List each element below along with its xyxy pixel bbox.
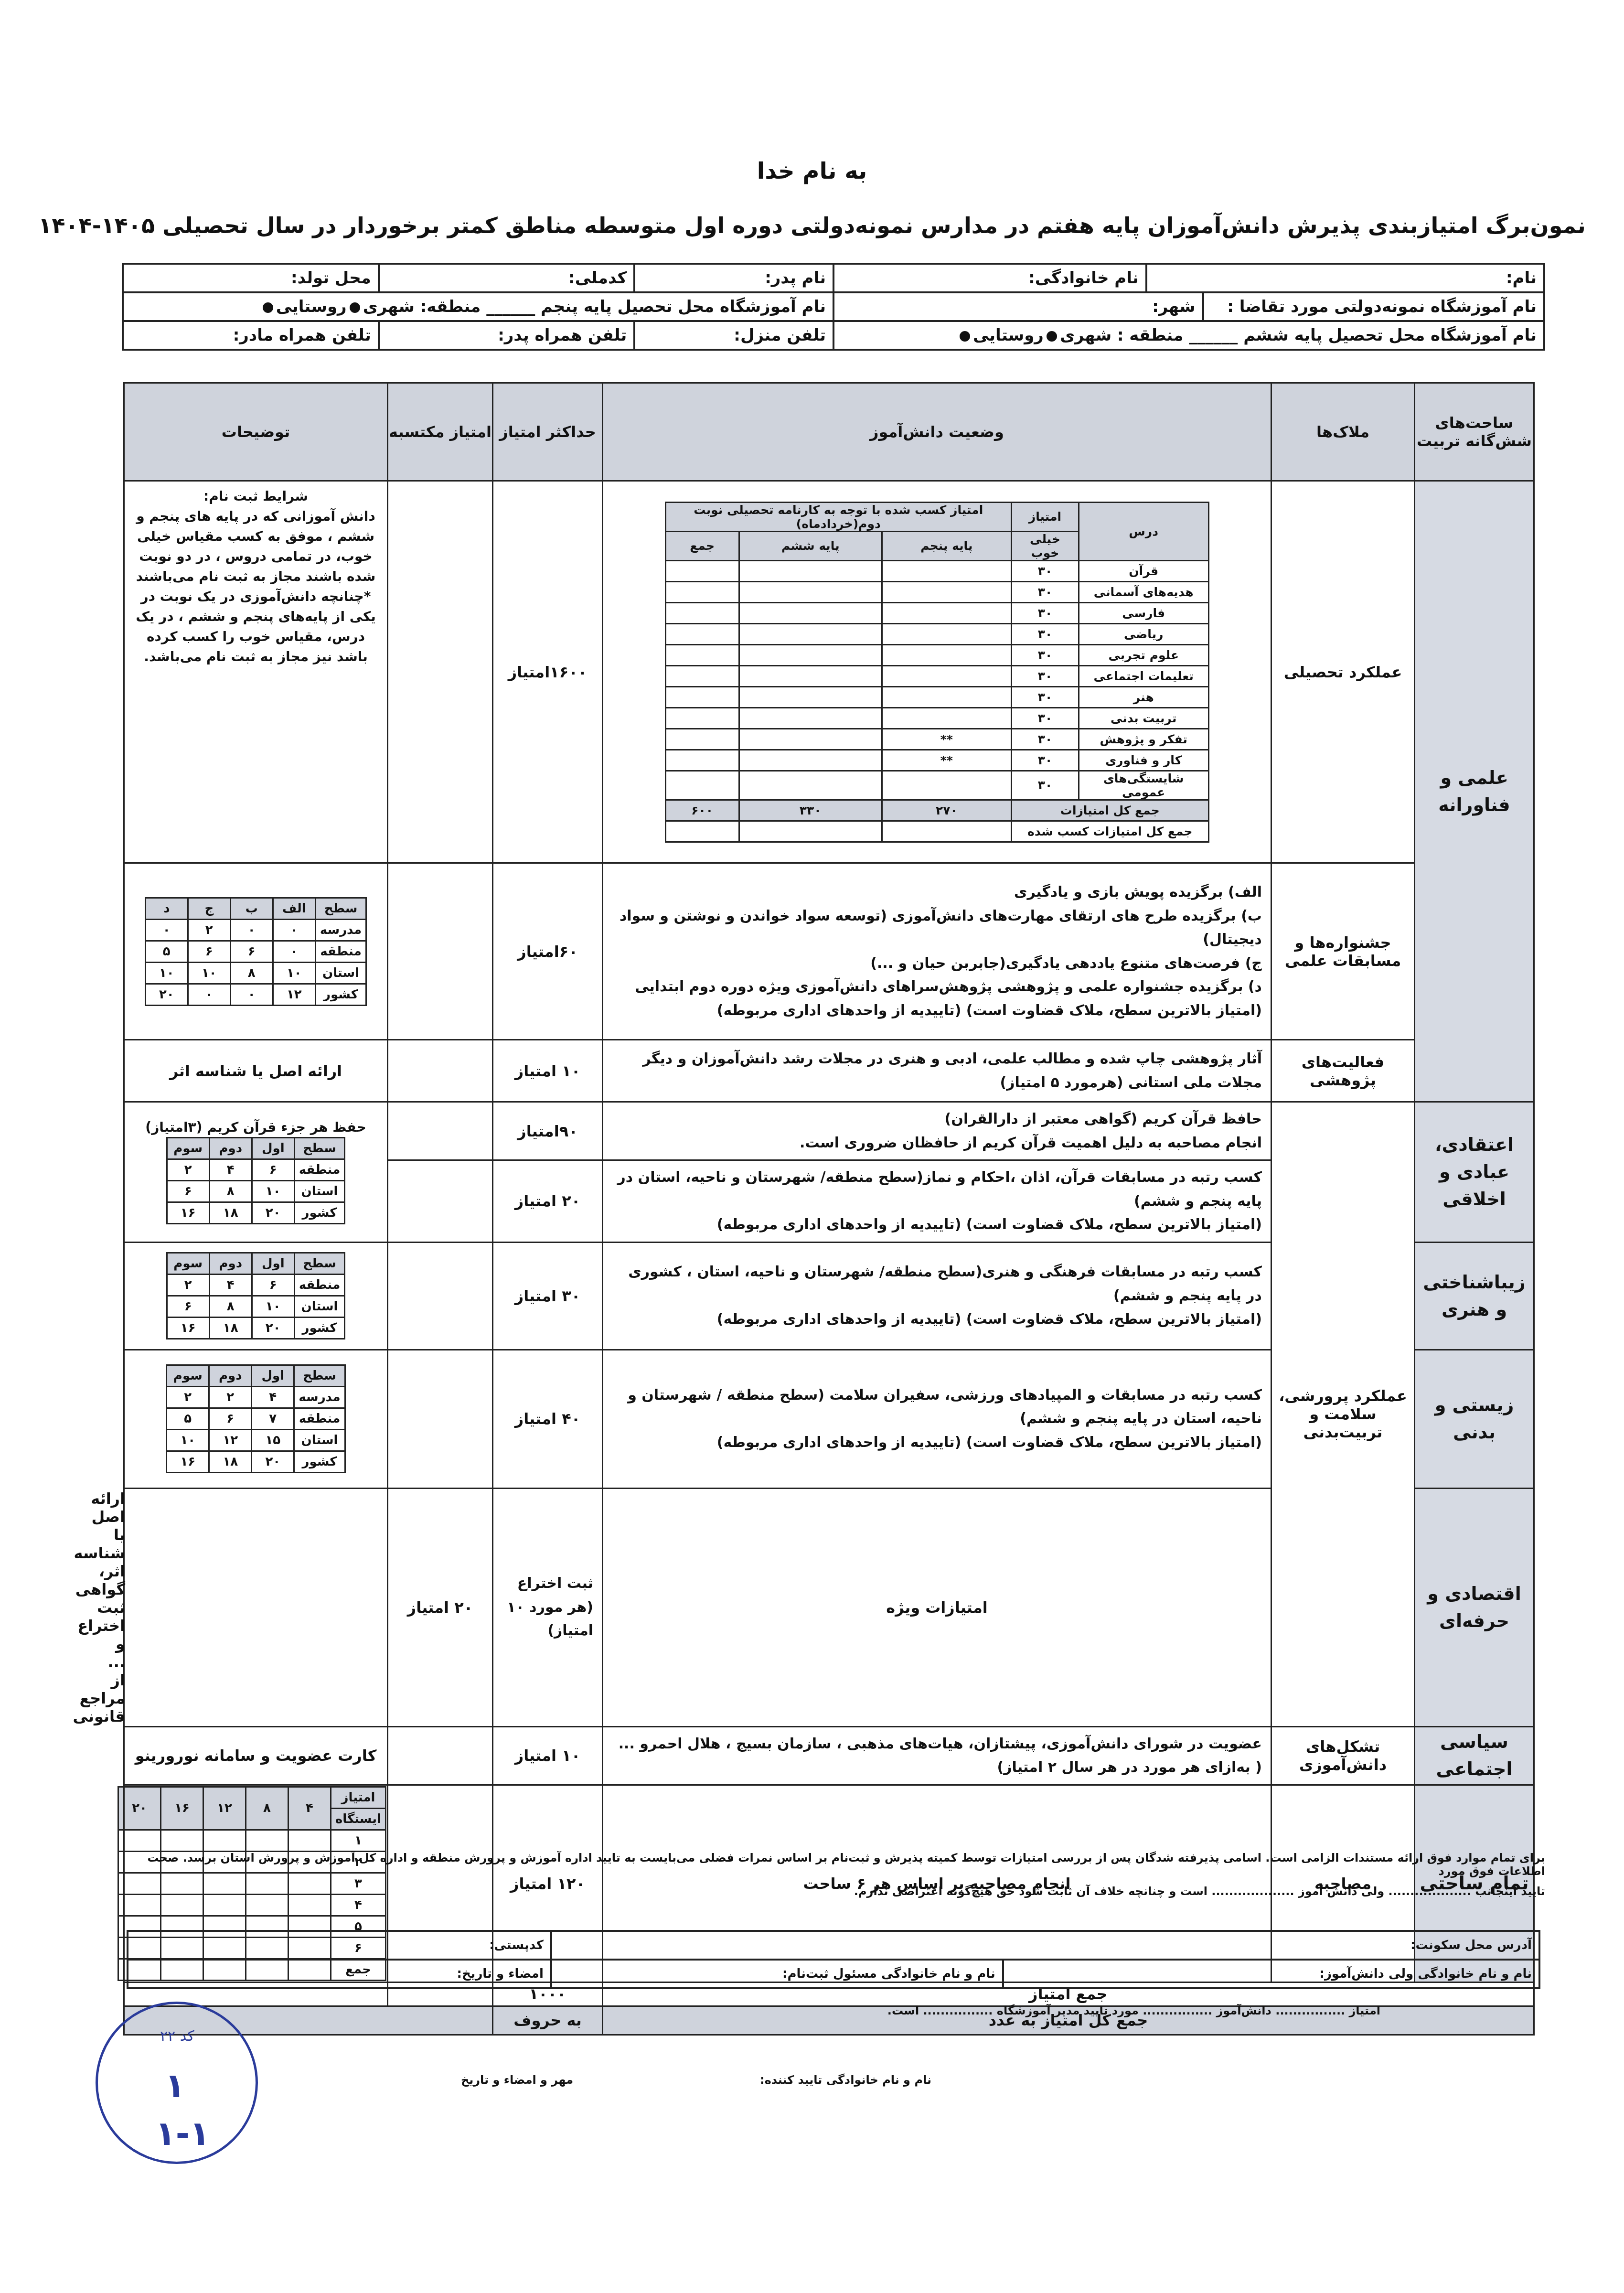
earned-festivals[interactable] [388, 863, 493, 1040]
total-row: جمع کل امتیازات۲۷۰۳۳۰۶۰۰ [665, 800, 1208, 821]
signature-table: آدرس محل سکونت: کدپستی: نام و نام خانواد… [127, 1930, 1540, 1989]
religious-note: حفظ هر جزء قرآن کریم (۳امتیاز) سطحاولدوم… [124, 1102, 388, 1243]
grade6-region-label: منطقه : شهری [1060, 326, 1184, 345]
academic-grades-cell: درسامتیازامتیاز کسب شده با توجه به کارنا… [603, 481, 1271, 863]
h-sum: جمع [665, 531, 739, 560]
max-art: ۳۰ امتیاز [493, 1242, 603, 1350]
area-sport: زیستی و بدنی [1415, 1350, 1534, 1488]
grade6-school-field[interactable]: نام آموزشگاه محل تحصیل پایه ششم [1243, 326, 1537, 345]
city-field[interactable]: شهر: [1152, 297, 1196, 316]
max-sport: ۴۰ امتیاز [493, 1350, 603, 1488]
table-row: هدیه‌های آسمانی۳۰ [665, 581, 1208, 602]
address-field[interactable]: آدرس محل سکونت: [551, 1931, 1539, 1960]
urban-radio[interactable] [350, 302, 360, 313]
earned-sport[interactable] [388, 1350, 493, 1488]
area-economic: اقتصادی و حرفه‌ای [1415, 1488, 1534, 1726]
table-row: تربیت بدنی۳۰ [665, 707, 1208, 729]
religious-level-table: سطحاولدومسوم منطقه۶۴۲ استان۱۰۸۶ کشور۲۰۱۸… [166, 1137, 346, 1224]
area-art: زیباشناختی و هنری [1415, 1242, 1534, 1350]
academic-note: شرایط ثبت نام: دانش آموزانی که در پایه ه… [124, 481, 388, 863]
max-hafiz: ۹۰امتیاز [493, 1102, 603, 1160]
h-score: امتیاز [1012, 502, 1079, 531]
criterion-cultural: عملکرد پرورشی، سلامت و تربیت‌بدنی [1271, 1102, 1415, 1727]
page-title: نمون‌برگ امتیازبندی پذیرش دانش‌آموزان پا… [0, 213, 1624, 238]
h-earned: امتیاز کسب شده با توجه به کارنامه تحصیلی… [665, 502, 1012, 531]
urban-radio[interactable] [1047, 331, 1057, 342]
rural-radio[interactable] [960, 331, 970, 342]
research-desc: آثار پژوهشی چاپ شده و مطالب علمی، ادبی و… [603, 1040, 1271, 1102]
official-stamp: کد ۲۲ ۱ ۱-۱ [96, 2002, 258, 2164]
max-research: ۱۰ امتیاز [493, 1040, 603, 1102]
research-note: ارائه اصل یا شناسه اثر [124, 1040, 388, 1102]
festivals-desc: الف) برگزیده پویش بازی و یادگیری ب) برگز… [603, 863, 1271, 1040]
table-row: ریاضی۳۰ [665, 623, 1208, 644]
max-academic: ۱۶۰۰امتیاز [493, 481, 603, 863]
scoring-table: ساحت‌های شش‌گانه تربیت ملاک‌ها وضعیت دان… [123, 382, 1535, 2036]
grade5-region-label: منطقه: شهری [363, 297, 481, 316]
economic-desc: ثبت اختراع (هر مورد ۱۰ امتیاز) [493, 1488, 603, 1726]
earned-research[interactable] [388, 1040, 493, 1102]
h-subject: درس [1079, 502, 1208, 560]
col-criteria: ملاک‌ها [1271, 383, 1415, 481]
col-notes: توضیحات [124, 383, 388, 481]
earned-social[interactable] [388, 1726, 493, 1785]
festivals-level-table: سطحالفبجد مدرسه۰۰۲۰ منطقه۰۶۶۵ استان۱۰۸۱۰… [145, 897, 367, 1006]
sign-date-field[interactable]: امضاء و تاریخ: [128, 1960, 551, 1988]
seal-label: مهر و امضاء و تاریخ [430, 2073, 573, 2087]
area-religious: اعتقادی، عبادی و اخلاقی [1415, 1102, 1534, 1243]
table-row: تعلیمات اجتماعی۳۰ [665, 665, 1208, 686]
h-very-good: خیلی خوب [1012, 531, 1079, 560]
col-earned: امتیاز مکتسبه [388, 383, 493, 481]
birthplace-field[interactable]: محل تولد: [291, 268, 371, 288]
rural-label: روستایی [276, 297, 347, 316]
h-grade5: پایه پنجم [882, 531, 1012, 560]
col-areas: ساحت‌های شش‌گانه تربیت [1415, 383, 1534, 481]
hafiz-desc: حافظ قرآن کریم (گواهی معتبر از دارالقران… [603, 1102, 1271, 1160]
approval-line: امتیاز ................ دانش‌آموز ......… [887, 2004, 1380, 2017]
father-phone-field[interactable]: تلفن همراه پدر: [498, 326, 627, 345]
home-phone-field[interactable]: تلفن منزل: [734, 326, 826, 345]
family-field[interactable]: نام خانوادگی: [1028, 268, 1139, 288]
max-social: ۱۰ امتیاز [493, 1726, 603, 1785]
approver-label: نام و نام خانوادگی تایید کننده: [645, 2073, 931, 2087]
social-note: کارت عضویت و سامانه نورورینو [124, 1726, 388, 1785]
table-row: کار و فناوری۳۰** [665, 750, 1208, 771]
festivals-note: سطحالفبجد مدرسه۰۰۲۰ منطقه۰۶۶۵ استان۱۰۸۱۰… [124, 863, 388, 1040]
table-row: هنر۳۰ [665, 686, 1208, 707]
h-grade6: پایه ششم [739, 531, 882, 560]
criterion-special: امتیازات ویژه [603, 1488, 1271, 1726]
table-row: تفکر و پژوهش۳۰** [665, 729, 1208, 750]
postal-field[interactable]: کدپستی: [128, 1931, 551, 1960]
earned-religious-contest[interactable] [388, 1160, 493, 1243]
earned-economic[interactable] [124, 1488, 388, 1726]
table-row: علوم تجربی۳۰ [665, 644, 1208, 665]
col-status: وضعیت دانش‌آموز [603, 383, 1271, 481]
sport-desc: کسب رتبه در مسابقات و المپیادهای ورزشی، … [603, 1350, 1271, 1488]
area-scientific: علمی و فناورانه [1415, 481, 1534, 1102]
criterion-festivals: جشنواره‌ها و مسابقات علمی [1271, 863, 1415, 1040]
footer-para-1: برای تمام موارد فوق ارائه مستندات الزامی… [122, 1851, 1545, 1878]
table-row: قرآن۳۰ [665, 560, 1208, 581]
earned-academic[interactable] [388, 481, 493, 863]
table-row: فارسی۳۰ [665, 602, 1208, 623]
letters-label: به حروف [493, 2006, 603, 2035]
earned-total-row: جمع کل امتیازات کسب شده [665, 821, 1208, 842]
max-religious-contest: ۲۰ امتیاز [493, 1160, 603, 1243]
criterion-academic: عملکرد تحصیلی [1271, 481, 1415, 863]
social-desc: عضویت در شورای دانش‌آموزی، پیشتازان، هیا… [603, 1726, 1271, 1785]
registrar-field[interactable]: نام و نام خانوادگی مسئول ثبت‌نام: [551, 1960, 1003, 1988]
national-code-field[interactable]: کدملی: [568, 268, 627, 288]
area-social: سیاسی اجتماعی [1415, 1726, 1534, 1785]
col-max: حداکثر امتیاز [493, 383, 603, 481]
grade5-school-field[interactable]: نام آموزشگاه محل تحصیل پایه پنجم [541, 297, 826, 316]
art-note: سطحاولدومسوم منطقه۶۴۲ استان۱۰۸۶ کشور۲۰۱۸… [124, 1242, 388, 1350]
mother-phone-field[interactable]: تلفن همراه مادر: [233, 326, 371, 345]
earned-art[interactable] [388, 1242, 493, 1350]
earned-hafiz[interactable] [388, 1102, 493, 1160]
sport-level-table: سطحاولدومسوم مدرسه۴۲۲ منطقه۷۶۵ استان۱۵۱۲… [166, 1364, 345, 1473]
rural-label: روستایی [973, 326, 1044, 345]
criterion-research: فعالیت‌های پژوهشی [1271, 1040, 1415, 1102]
requested-school-field[interactable]: نام آموزشگاه نمونه‌دولتی مورد تقاضا : [1227, 297, 1537, 316]
guardian-field[interactable]: نام و نام خانوادگی ولی دانش‌آموز: [1003, 1960, 1539, 1988]
student-info-table: نام: نام خانوادگی: نام پدر: کدملی: محل ت… [122, 263, 1545, 351]
art-level-table: سطحاولدومسوم منطقه۶۴۲ استان۱۰۸۶ کشور۲۰۱۸… [166, 1252, 346, 1339]
criterion-organizations: تشکل‌های دانش‌آموزی [1271, 1726, 1415, 1785]
sport-note: سطحاولدومسوم مدرسه۴۲۲ منطقه۷۶۵ استان۱۵۱۲… [124, 1350, 388, 1488]
table-row: شایستگی‌های عمومی۳۰ [665, 771, 1208, 800]
art-desc: کسب رتبه در مسابقات فرهنگی و هنری(سطح من… [603, 1242, 1271, 1350]
max-festivals: ۶۰امتیاز [493, 863, 603, 1040]
grades-table: درسامتیازامتیاز کسب شده با توجه به کارنا… [665, 502, 1209, 843]
footer-para-2: تایید اینجانب ................... ولی دا… [122, 1885, 1545, 1898]
rural-radio[interactable] [263, 302, 273, 313]
religious-contest-desc: کسب رتبه در مسابقات قرآن، اذان ،احکام و … [603, 1160, 1271, 1243]
father-field[interactable]: نام پدر: [765, 268, 826, 288]
max-economic: ۲۰ امتیاز [388, 1488, 493, 1726]
name-field[interactable]: نام: [1506, 268, 1537, 288]
bismillah: به نام خدا [0, 158, 1624, 184]
